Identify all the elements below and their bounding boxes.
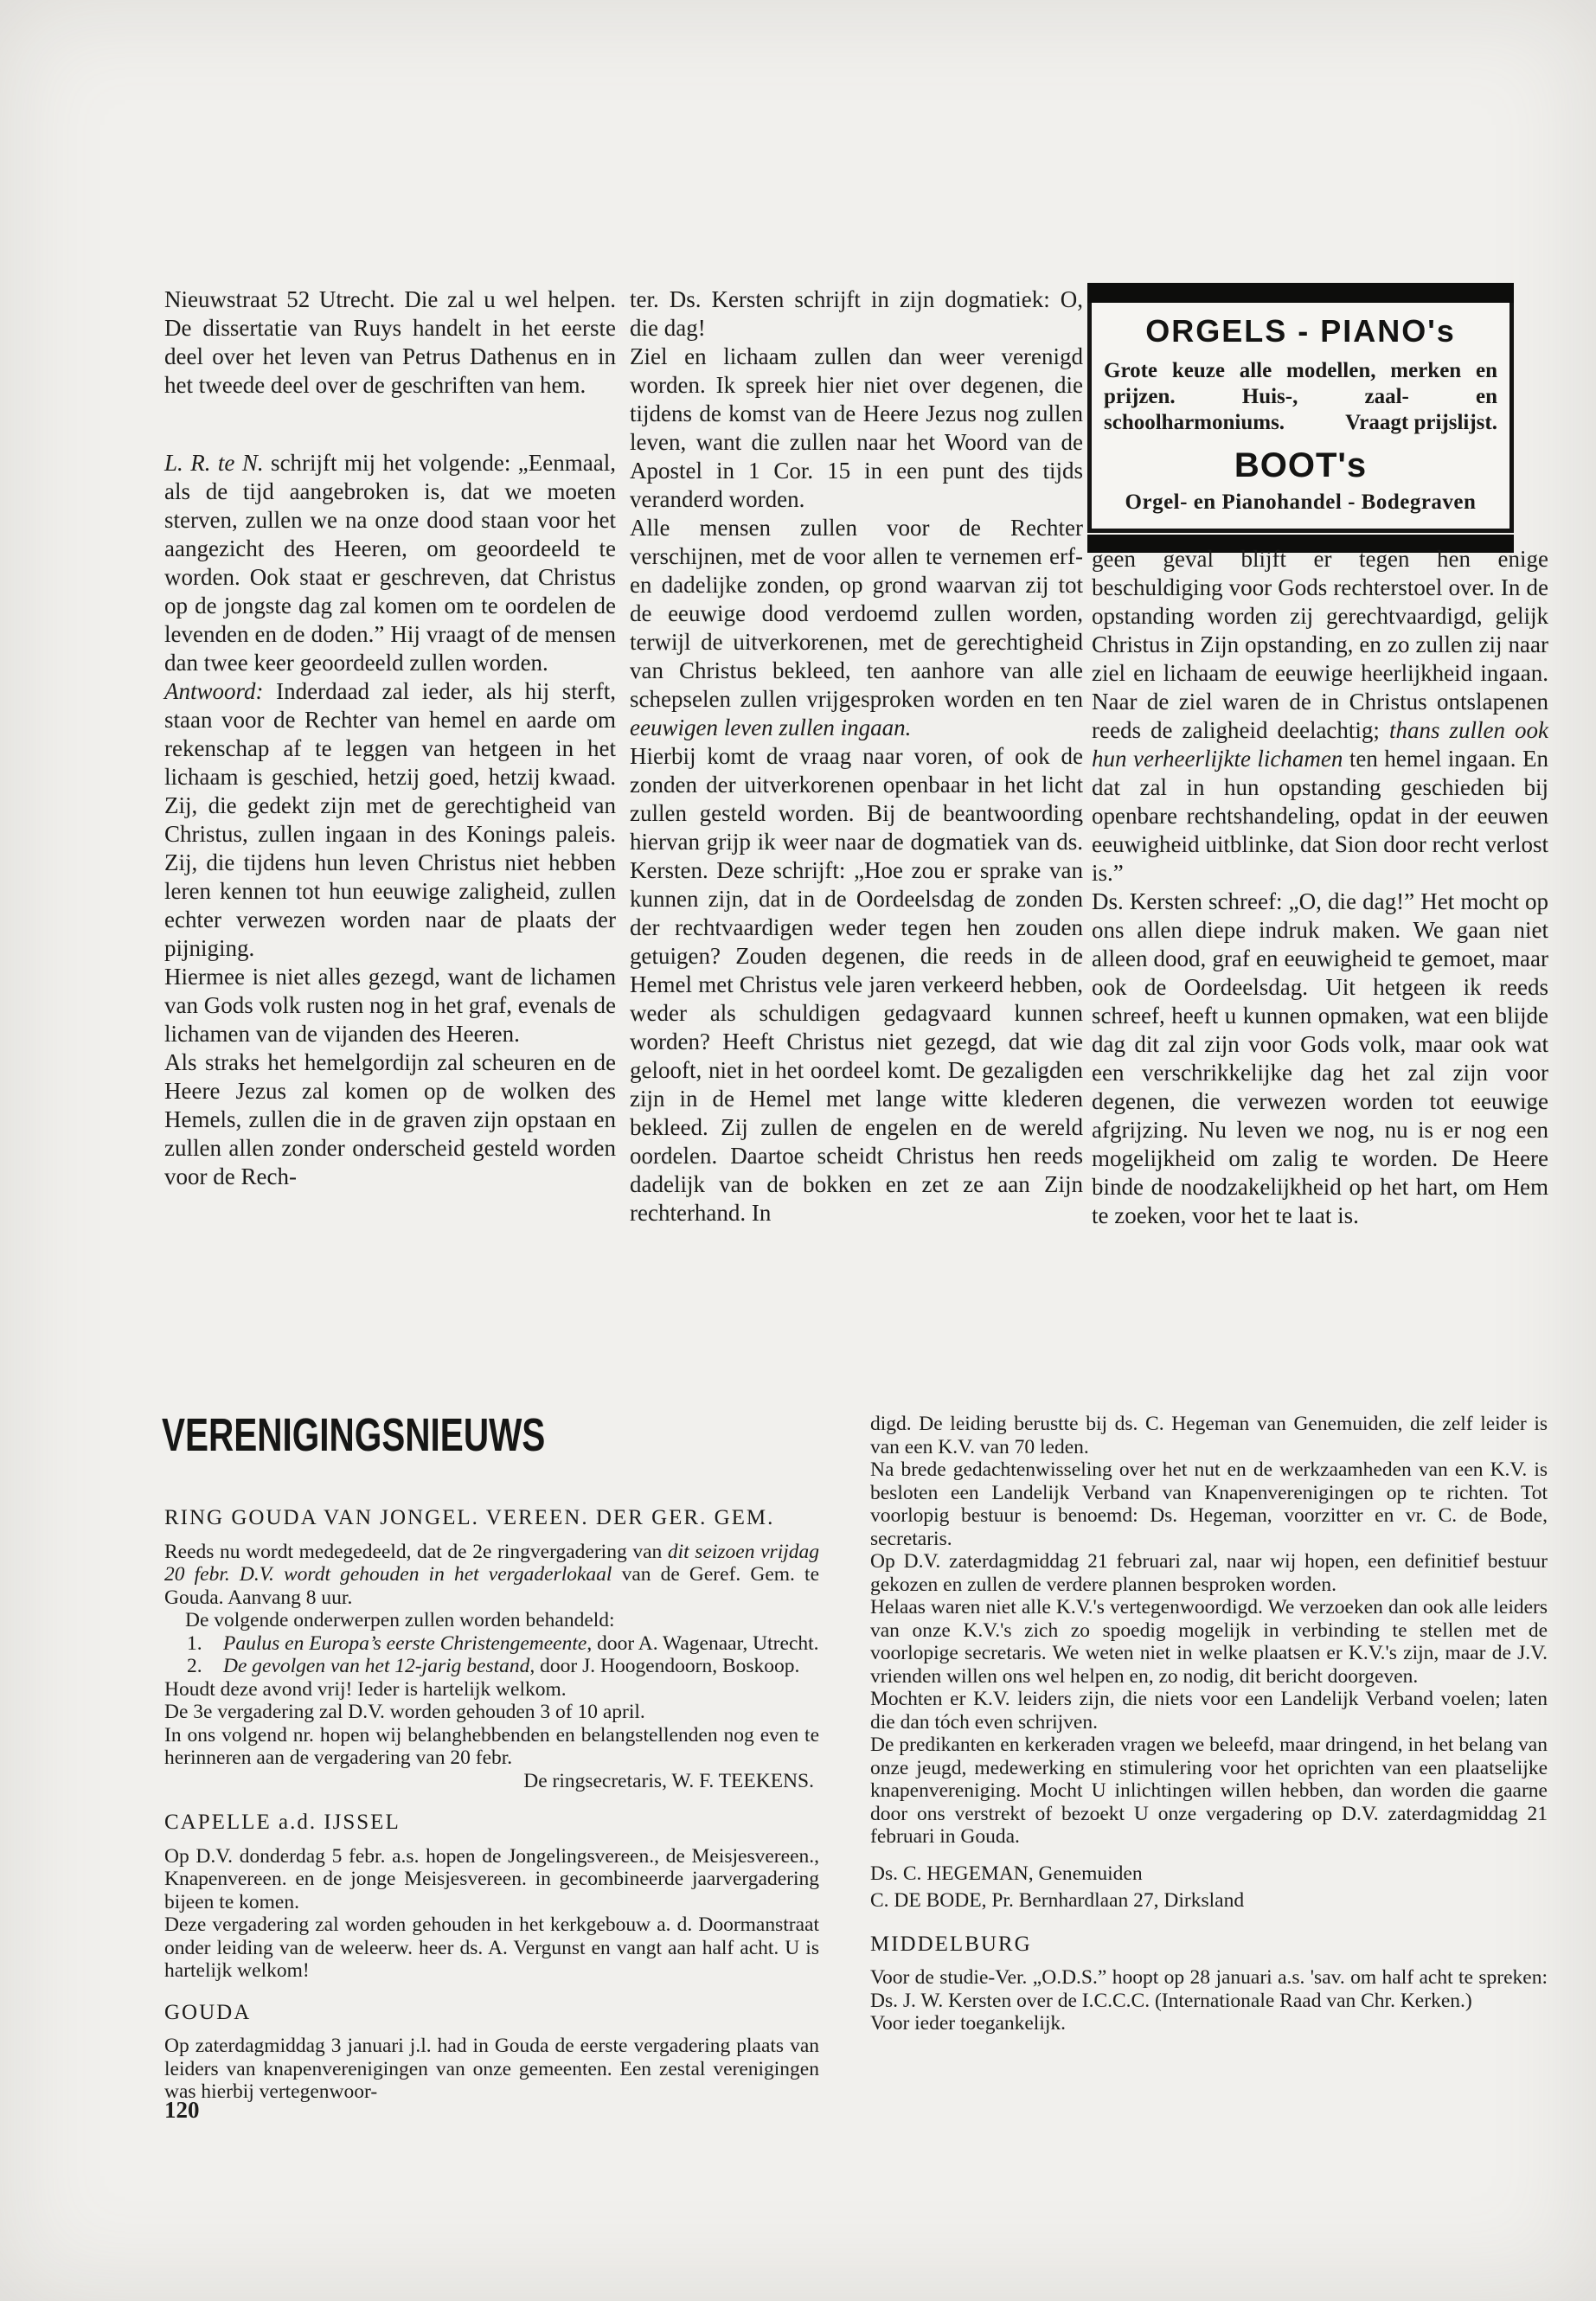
section-column-left: RING GOUDA VAN JONGEL. VEREEN. DER GER. …	[164, 1507, 819, 2104]
paragraph: Antwoord: Inderdaad zal ieder, als hij s…	[164, 677, 616, 963]
paragraph: Op D.V. zaterdagmiddag 21 februari zal, …	[870, 1550, 1548, 1596]
article-column-2: ter. Ds. Kersten schrijft in zijn dogmat…	[630, 285, 1083, 1227]
article-column-3: geen geval blijft er tegen hen enige bes…	[1092, 545, 1548, 1230]
paragraph: Hiermee is niet alles gezegd, want de li…	[164, 963, 616, 1048]
paragraph: Deze vergadering zal worden gehouden in …	[164, 1913, 819, 1983]
paragraph: digd. De leiding berustte bij ds. C. Heg…	[870, 1413, 1548, 1458]
section-heading-capelle: CAPELLE a.d. IJSSEL	[164, 1811, 819, 1835]
list-item-number: 2.	[187, 1655, 202, 1678]
paragraph: Ds. Kersten schreef: „O, die dag!” Het m…	[1092, 888, 1548, 1230]
paragraph: Na brede gedachtenwisseling over het nut…	[870, 1458, 1548, 1550]
signature-de-bode: C. DE BODE, Pr. Bernhardlaan 27, Dirksla…	[870, 1888, 1548, 1914]
paragraph: De 3e vergadering zal D.V. worden gehoud…	[164, 1701, 819, 1724]
page-number: 120	[164, 2097, 200, 2124]
ad-brand-name: BOOT's	[1104, 446, 1497, 485]
paragraph: geen geval blijft er tegen hen enige bes…	[1092, 545, 1548, 888]
ad-title: ORGELS - PIANO's	[1104, 313, 1497, 349]
list-item-number: 1.	[187, 1632, 202, 1656]
article-column-1: Nieuwstraat 52 Utrecht. Die zal u wel he…	[164, 285, 616, 1191]
ad-cta-text: Vraagt prijslijst.	[1345, 410, 1497, 436]
signature-ringsecretaris: De ringsecretaris, W. F. TEEKENS.	[164, 1770, 819, 1793]
paragraph: In ons volgend nr. hopen wij belanghebbe…	[164, 1724, 819, 1770]
list-item-text: De gevolgen van het 12-jarig bestand, do…	[223, 1655, 799, 1677]
ad-footer-line: Orgel- en Pianohandel - Bodegraven	[1104, 490, 1497, 515]
paragraph: Ziel en lichaam zullen dan weer verenigd…	[630, 343, 1083, 514]
section-title: VERENIGINGSNIEUWS	[162, 1408, 545, 1462]
paragraph: Hierbij komt de vraag naar voren, of ook…	[630, 742, 1083, 1227]
paragraph: Reeds nu wordt medegedeeld, dat de 2e ri…	[164, 1541, 819, 1610]
paragraph: Mochten er K.V. leiders zijn, die niets …	[870, 1688, 1548, 1734]
ad-body: Grote keuze alle modellen, merken en pri…	[1104, 358, 1497, 436]
section-heading-ring-gouda: RING GOUDA VAN JONGEL. VEREEN. DER GER. …	[164, 1507, 819, 1530]
paragraph: Helaas waren niet alle K.V.'s vertegenwo…	[870, 1596, 1548, 1688]
list-item-text: Paulus en Europa’s eerste Christengemeen…	[223, 1632, 819, 1655]
paragraph: Houdt deze avond vrij! Ieder is hartelij…	[164, 1678, 819, 1702]
magazine-page: Nieuwstraat 52 Utrecht. Die zal u wel he…	[0, 0, 1596, 2301]
section-heading-gouda: GOUDA	[164, 2002, 819, 2025]
section-heading-middelburg: MIDDELBURG	[870, 1933, 1548, 1957]
advertisement-orgels-pianos: ORGELS - PIANO's Grote keuze alle modell…	[1087, 283, 1514, 553]
list-item: 1. Paulus en Europa’s eerste Christengem…	[164, 1632, 819, 1656]
paragraph: Voor ieder toegankelijk.	[870, 2012, 1548, 2035]
signature-block: Ds. C. HEGEMAN, Genemuiden C. DE BODE, P…	[870, 1861, 1548, 1914]
paragraph: Op zaterdagmiddag 3 januari j.l. had in …	[164, 2035, 819, 2104]
signature-hegeman: Ds. C. HEGEMAN, Genemuiden	[870, 1861, 1548, 1888]
paragraph: De predikanten en kerkeraden vragen we b…	[870, 1734, 1548, 1849]
list-item: 2. De gevolgen van het 12-jarig bestand,…	[164, 1655, 819, 1678]
paragraph: Alle mensen zullen voor de Rechter versc…	[630, 514, 1083, 742]
paragraph: Op D.V. donderdag 5 febr. a.s. hopen de …	[164, 1845, 819, 1914]
ad-top-bar	[1087, 283, 1514, 303]
paragraph: Nieuwstraat 52 Utrecht. Die zal u wel he…	[164, 285, 616, 400]
paragraph: L. R. te N. schrijft mij het volgende: „…	[164, 449, 616, 677]
paragraph: ter. Ds. Kersten schrijft in zijn dogmat…	[630, 285, 1083, 343]
list-intro: De volgende onderwerpen zullen worden be…	[164, 1609, 819, 1632]
section-column-right: digd. De leiding berustte bij ds. C. Heg…	[870, 1413, 1548, 2035]
paragraph: Voor de studie-Ver. „O.D.S.” hoopt op 28…	[870, 1966, 1548, 2012]
ad-frame: ORGELS - PIANO's Grote keuze alle modell…	[1087, 303, 1514, 533]
paragraph: Als straks het hemelgordijn zal scheuren…	[164, 1048, 616, 1191]
